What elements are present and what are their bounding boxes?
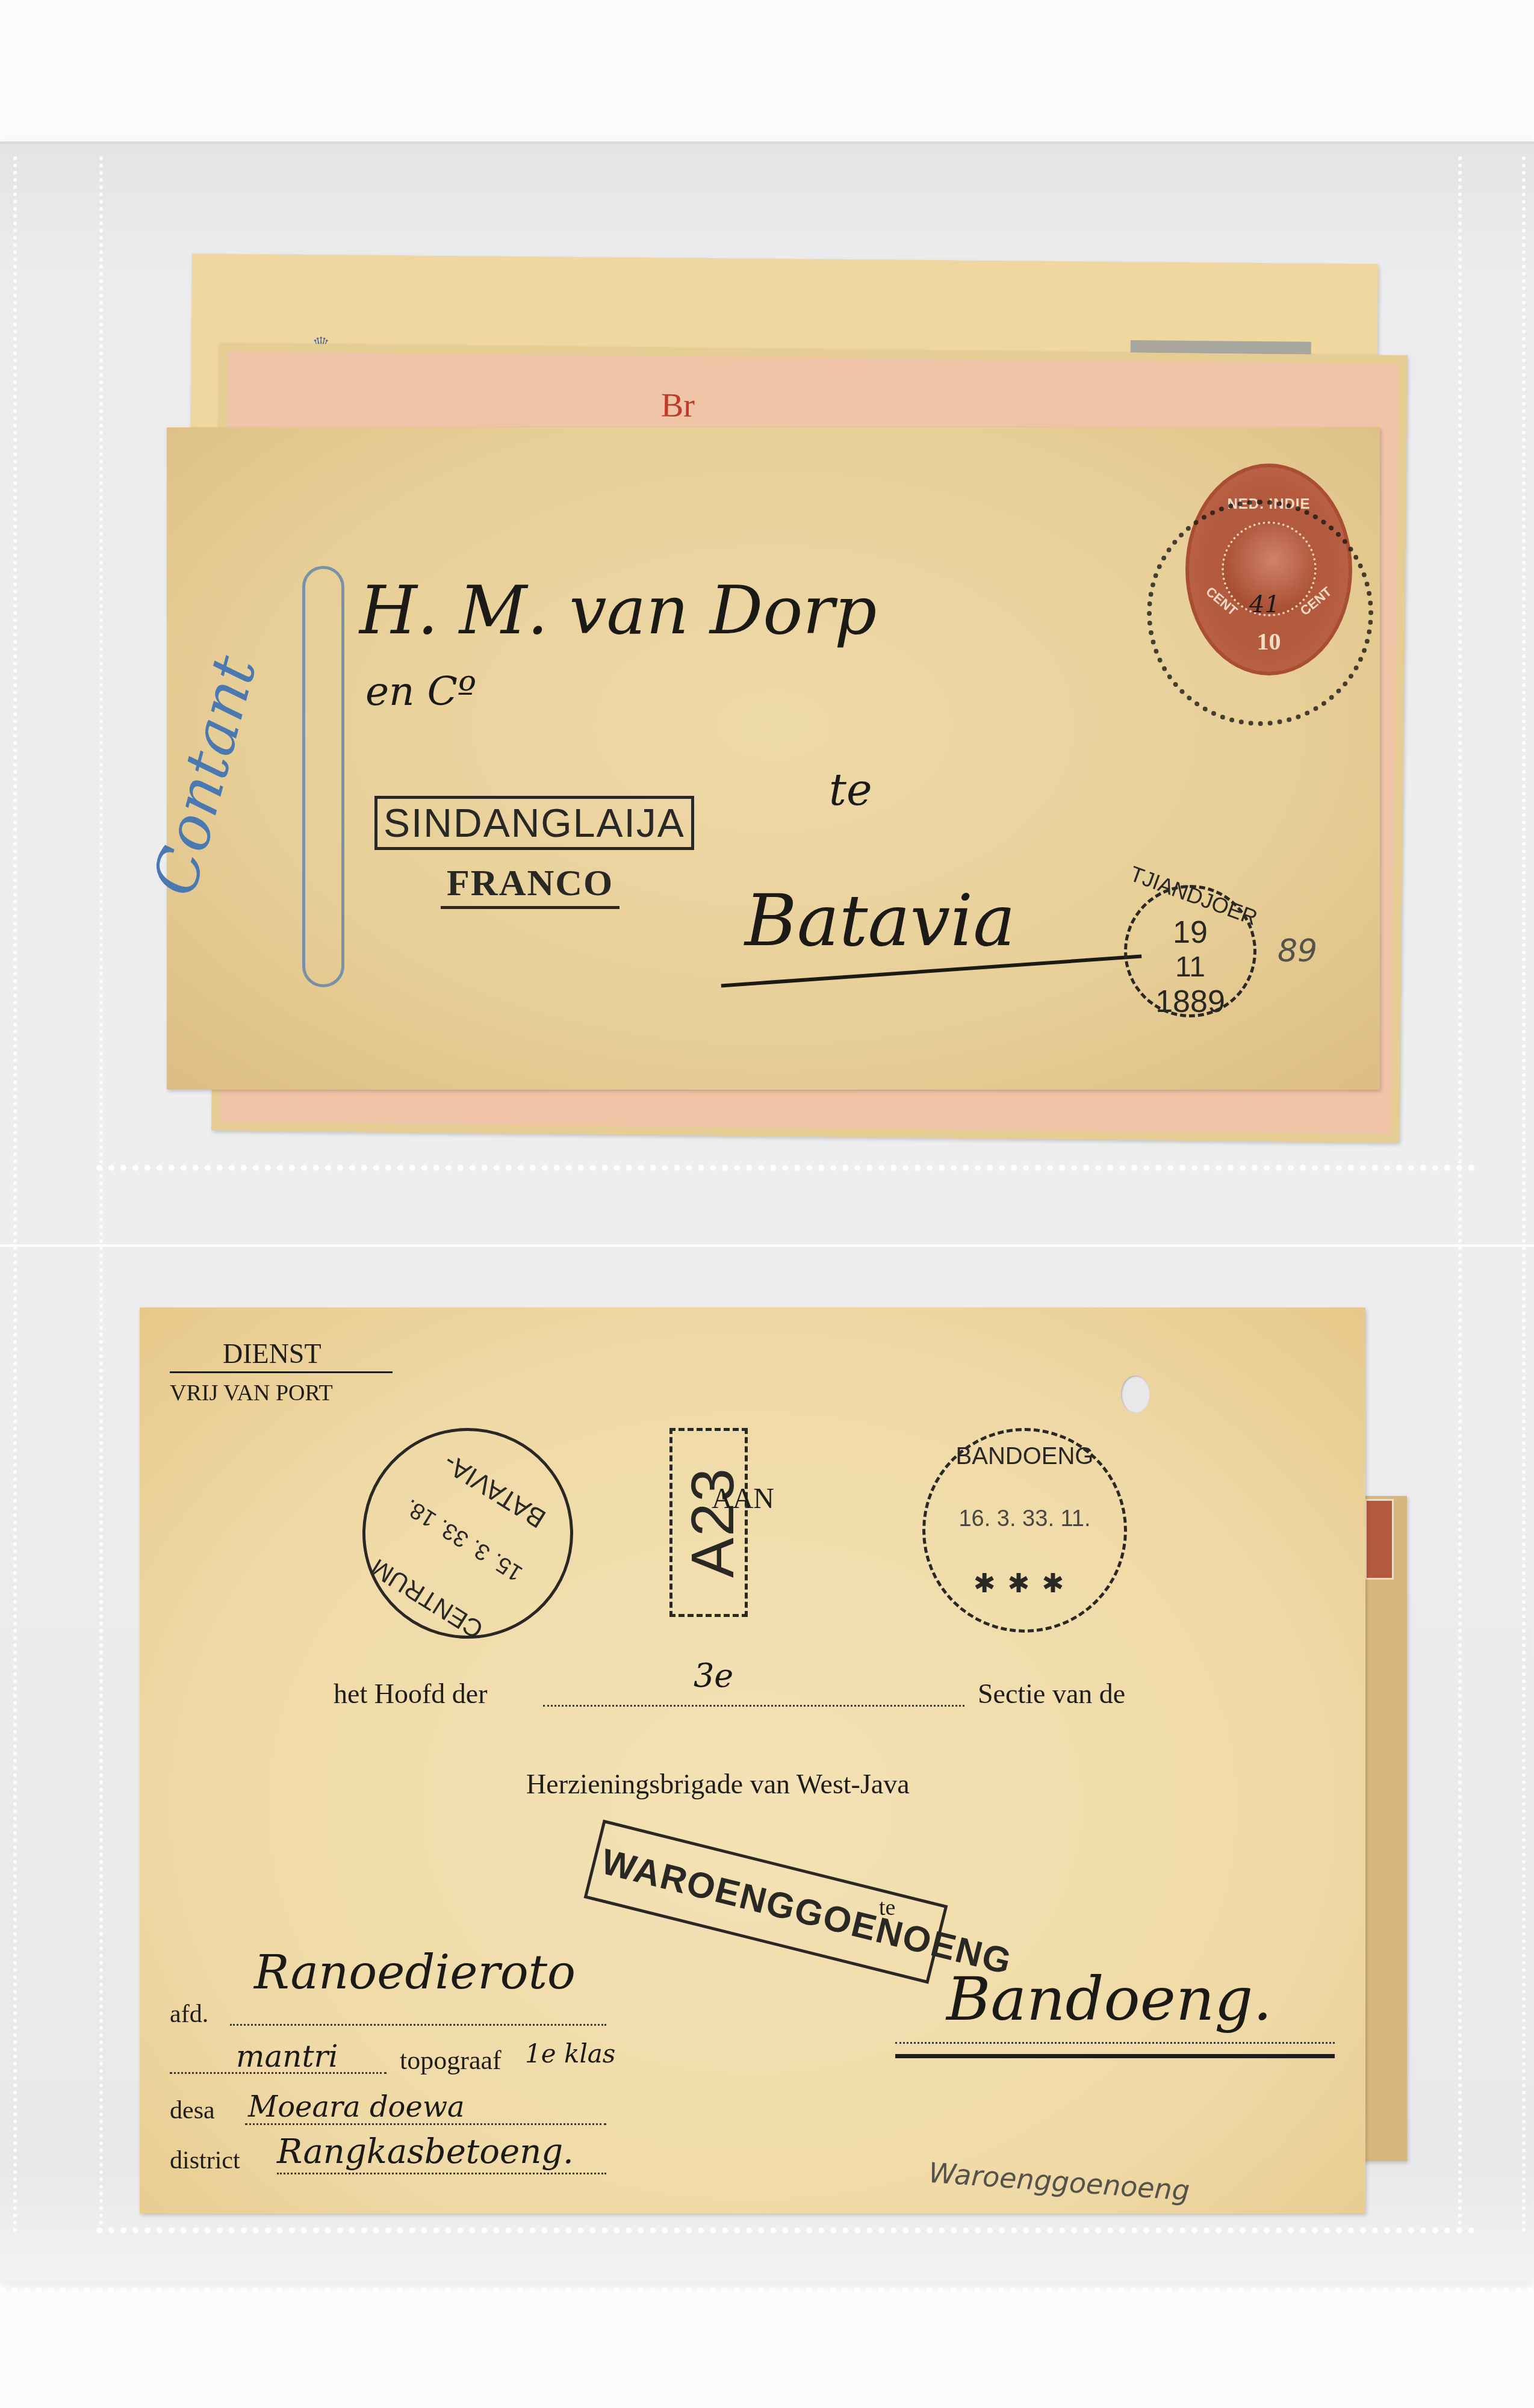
pocket-seam-bottom-2: [0, 2288, 1534, 2294]
sleeve-seam-left-inner: [99, 157, 103, 2233]
field-afd-value: Ranoedieroto: [254, 1946, 576, 2000]
pocket-divider: [0, 1244, 1534, 1247]
sleeve-seam-left-outer: [13, 157, 17, 2233]
te-label: te: [879, 1894, 895, 1921]
tjiandjoer-postmark: TJIANDJOER 19 11 1889: [1124, 885, 1256, 1017]
sleeve-seam-right-inner: [1458, 157, 1462, 2233]
dotted-numeral-cancel: [1147, 500, 1373, 726]
franco-handstamp: FRANCO: [441, 861, 619, 909]
field-desa-value: Moeara doewa: [248, 2090, 465, 2124]
field-desa-label: desa: [170, 2096, 215, 2125]
header-vrij-van-port: VRIJ VAN PORT: [170, 1380, 333, 1406]
field-district-label: district: [170, 2146, 240, 2175]
field-afd-label: afd.: [170, 2000, 208, 2029]
field-desa-dotted: [245, 2123, 606, 2125]
line1-suffix: Sectie van de: [978, 1678, 1125, 1710]
back-cover: [1362, 1496, 1407, 2161]
addressee-company: en Cº: [365, 668, 476, 715]
red-partial-text: Br: [661, 386, 695, 425]
aan-label: AAN: [712, 1482, 774, 1515]
back-cover-stamp: [1365, 1499, 1394, 1580]
line1-prefix: het Hoofd der: [334, 1678, 487, 1710]
stationery-envelope: NED. INDIE CENT CENT 10 41 H. M. van Dor…: [167, 427, 1380, 1090]
field-afd-dotted: [230, 2024, 606, 2026]
punch-hole: [1121, 1376, 1150, 1413]
official-postcard: DIENST VRIJ VAN PORT CENTRUM 15. 3. 33. …: [140, 1308, 1365, 2214]
destination-city: Bandoeng.: [946, 1964, 1272, 2034]
pocket-seam-bottom-1: [96, 2227, 1475, 2233]
line1-dotted: [543, 1705, 964, 1707]
sleeve-seam-right-outer: [1522, 157, 1526, 2233]
batavia-centrum-postmark: CENTRUM 15. 3. 33. 18. BATAVIA-: [323, 1388, 613, 1678]
pencil-year-note: 89: [1278, 933, 1317, 969]
blue-crayon-stroke: [302, 566, 344, 987]
bandoeng-postmark: BANDOENG 16. 3. 33. 11. ✱✱✱: [922, 1428, 1127, 1633]
line2-brigade: Herzieningsbrigade van West-Java: [526, 1768, 910, 1800]
field-mantri-value: mantri: [236, 2039, 338, 2074]
field-district-dotted: [277, 2173, 606, 2174]
addressee-name: H. M. van Dorp: [359, 572, 877, 649]
address-te: te: [829, 765, 872, 815]
field-mantri-dotted: [170, 2072, 387, 2074]
pencil-town-note: Waroenggoenoeng: [928, 2156, 1191, 2207]
field-topograaf-label: topograaf: [400, 2045, 501, 2076]
section-number: 3e: [694, 1657, 733, 1695]
field-klas-value: 1e klas: [525, 2039, 615, 2068]
field-district-value: Rangkasbetoeng.: [277, 2132, 574, 2171]
header-rule: [170, 1371, 393, 1373]
address-city: Batavia: [745, 879, 1016, 962]
sindanglaija-handstamp: SINDANGLAIJA: [374, 796, 694, 850]
header-dienst: DIENST: [223, 1338, 321, 1370]
pocket-seam-top: [96, 1165, 1475, 1171]
a23-box-stamp: A23: [669, 1428, 748, 1617]
destination-rule: [895, 2054, 1335, 2058]
destination-dotted: [895, 2042, 1335, 2044]
